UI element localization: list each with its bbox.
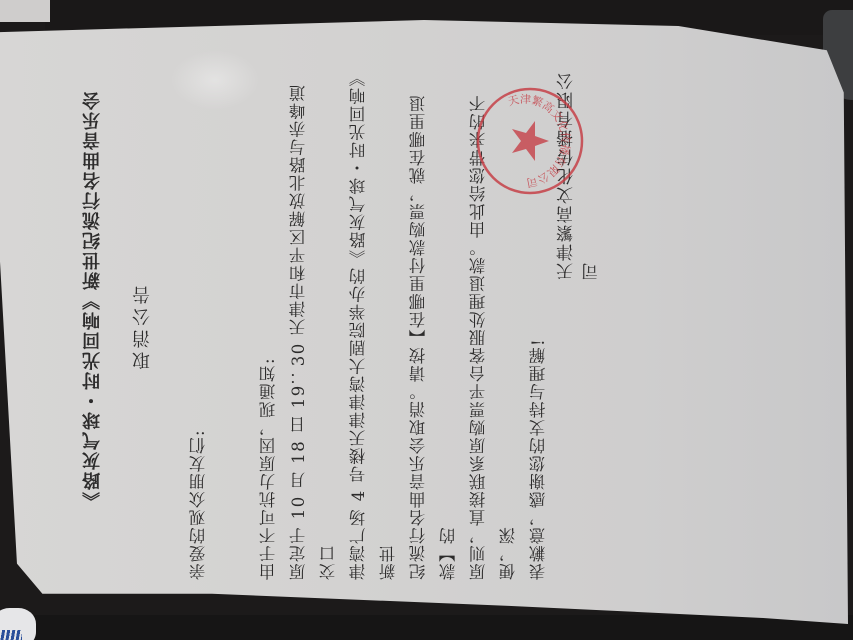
paragraph-line: 原定于 10 月 18 日 19：30 天津市和平区解放北路与赤峰道交口 <box>284 70 344 580</box>
paragraph-line: 表歉意，感谢您的支持与理解! <box>524 70 554 580</box>
paragraph-line: 由于不可抗力原因，现通知: <box>254 70 284 580</box>
paragraph-line: 津湾广场 4 号楼天津津湾大剧院举办的《路灰气球・时光回响》新世 <box>344 70 404 580</box>
bottle-object <box>0 608 36 640</box>
background-corner <box>0 0 50 22</box>
paragraph-line: 纪流行名曲音乐会取消。请按【在哪里付款购票，就在哪里退款】的 <box>404 70 464 580</box>
announcement-document: 《路灰气球・时光回响》新世纪流行名曲音乐会 取消公告 亲爱的观众朋友们: 由于不… <box>80 70 530 580</box>
paragraph-line: 原则，直接联系原购票平台客服处理退款。由此给您带来的不便，深 <box>464 70 524 580</box>
document-subtitle: 取消公告 <box>130 70 156 580</box>
background-surface-bottom <box>0 615 853 640</box>
document-title: 《路灰气球・时光回响》新世纪流行名曲音乐会 <box>80 70 106 580</box>
salutation: 亲爱的观众朋友们: <box>184 70 214 580</box>
company-signature: 天津繁高文化传播有限公司 <box>554 70 604 580</box>
